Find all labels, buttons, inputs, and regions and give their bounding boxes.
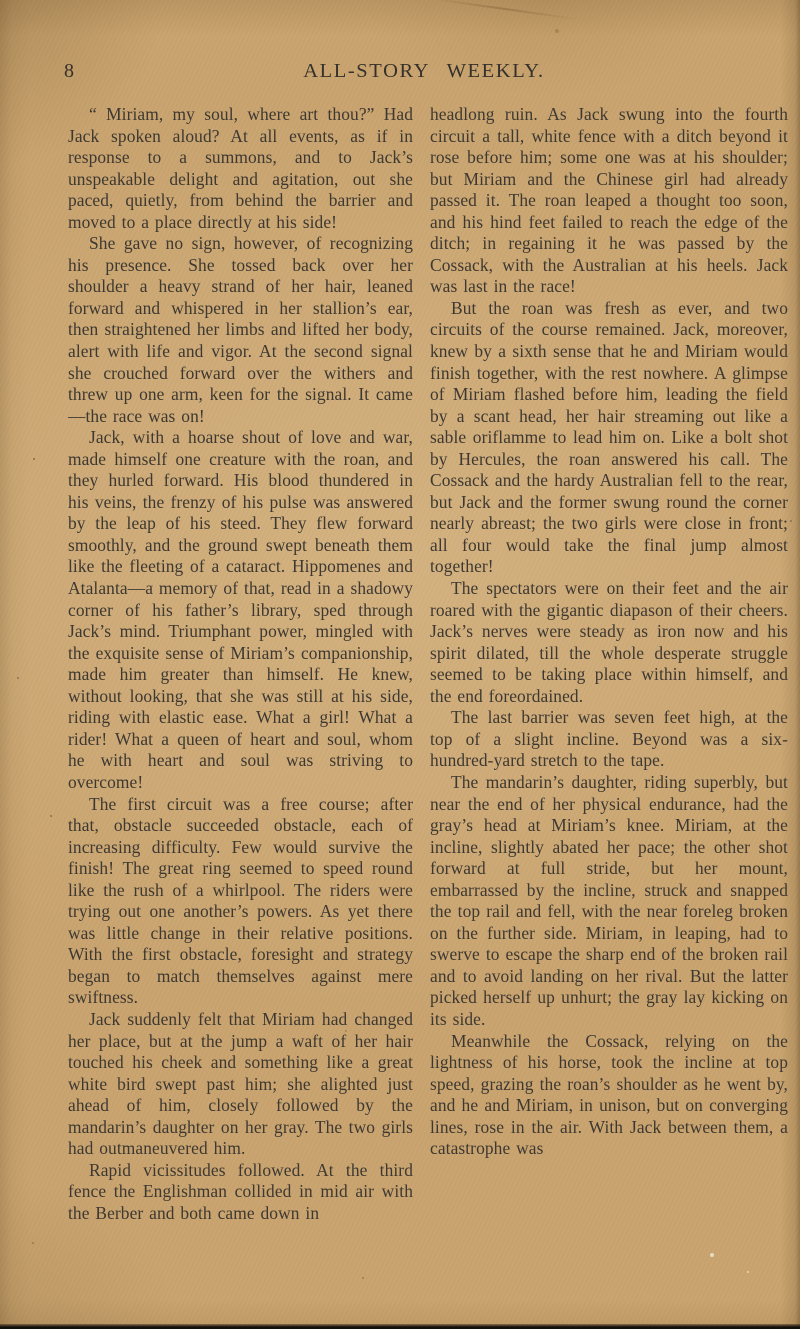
paragraph: The mandarin’s daughter, riding superbly… <box>430 772 788 1031</box>
paragraph: “ Miriam, my soul, where art thou?” Had … <box>68 104 413 233</box>
running-title: ALL-STORY WEEKLY. <box>62 60 786 83</box>
paragraph: The last barrier was seven feet high, at… <box>430 707 788 772</box>
text-column-left: “ Miriam, my soul, where art thou?” Had … <box>68 104 413 1256</box>
scan-bottom-edge <box>0 1324 800 1329</box>
paper-scratch-mark <box>431 0 580 20</box>
paragraph: The spectators were on their feet and th… <box>430 578 788 707</box>
paragraph: Meanwhile the Cossack, relying on the li… <box>430 1031 788 1160</box>
paragraph-continuation: headlong ruin. As Jack swung into the fo… <box>430 104 788 298</box>
text-column-right: headlong ruin. As Jack swung into the fo… <box>430 104 788 1256</box>
paragraph: Rapid vicissitudes followed. At the thir… <box>68 1160 413 1225</box>
paragraph: Jack suddenly felt that Miriam had chang… <box>68 1009 413 1160</box>
paragraph: But the roan was fresh as ever, and two … <box>430 298 788 578</box>
paragraph: Jack, with a hoarse shout of love and wa… <box>68 427 413 793</box>
page-header: 8 ALL-STORY WEEKLY. <box>62 60 786 88</box>
text-columns: “ Miriam, my soul, where art thou?” Had … <box>68 104 788 1256</box>
paragraph: She gave no sign, however, of recognizin… <box>68 233 413 427</box>
paragraph: The first circuit was a free course; aft… <box>68 794 413 1009</box>
magazine-page: 8 ALL-STORY WEEKLY. “ Miriam, my soul, w… <box>0 0 800 1329</box>
